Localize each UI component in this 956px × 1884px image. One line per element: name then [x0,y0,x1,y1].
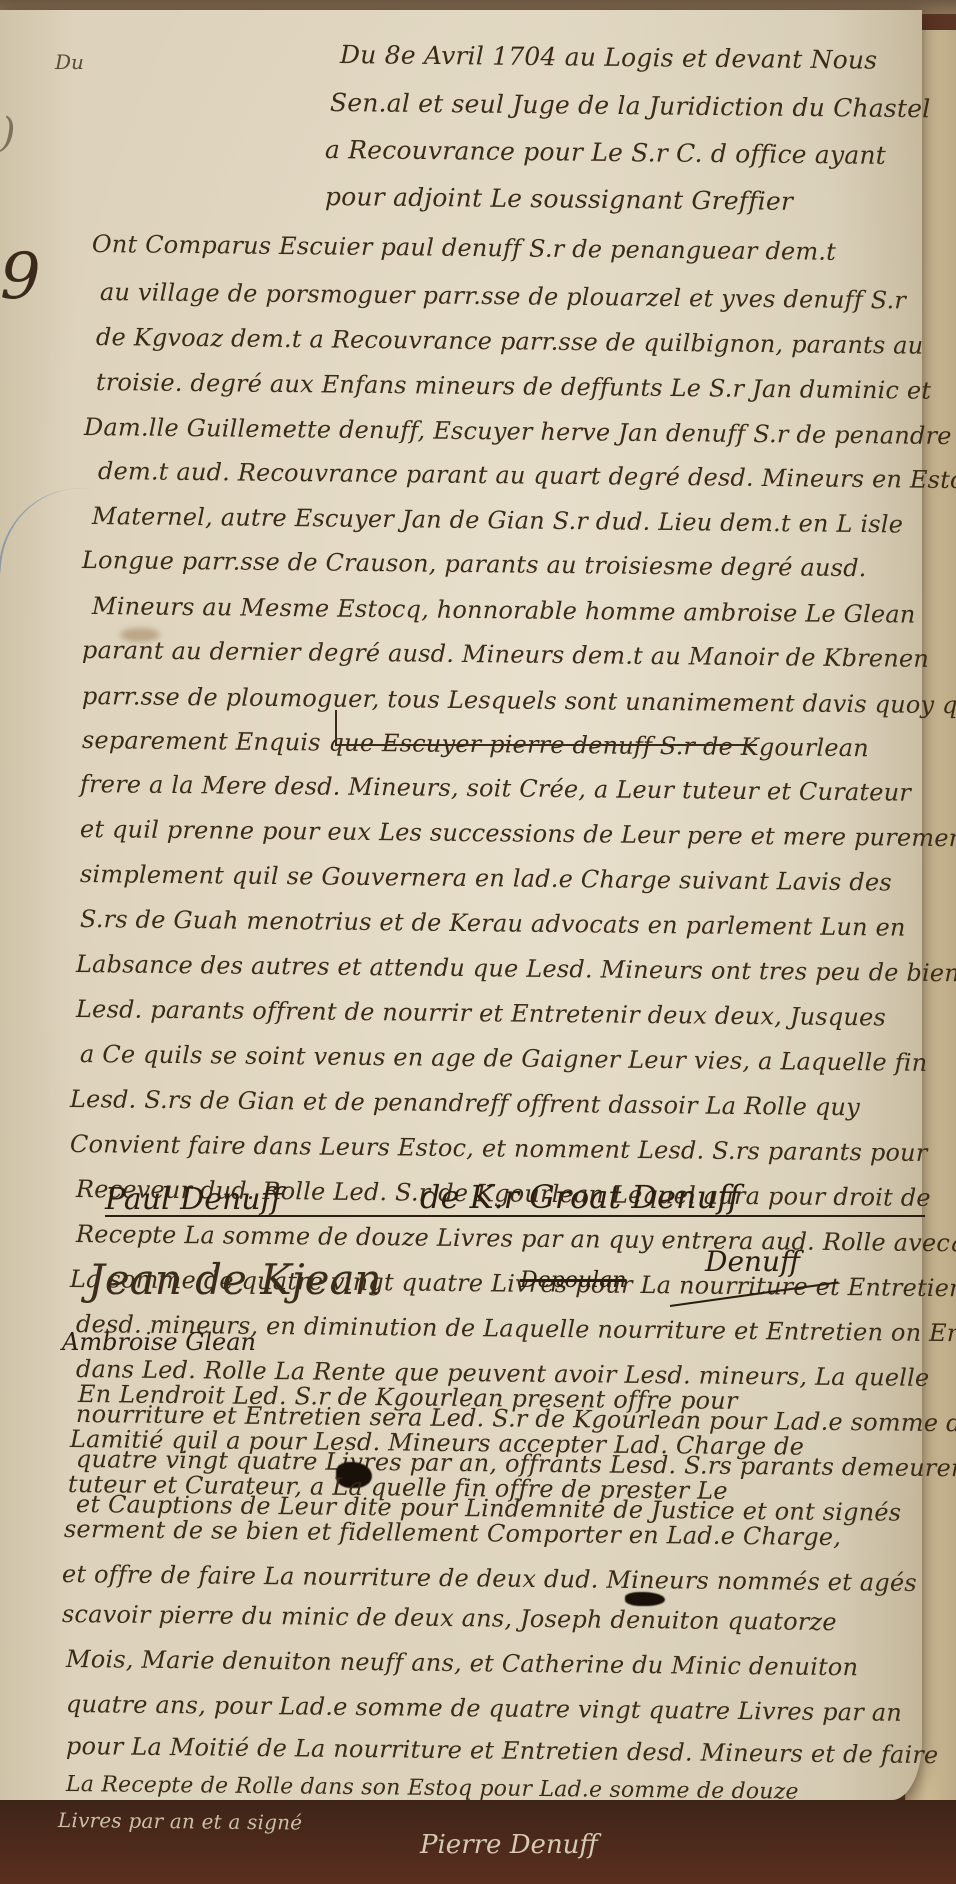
ink-blot-2 [625,1592,665,1606]
body2-line-11: Livres par an et a signé [58,1808,303,1835]
body-line-17: Labsance des autres et attendu que Lesd.… [76,950,956,987]
signature-kgroat-denuff: de K.r Groat Denuff [420,1178,740,1216]
margin-note: Du [55,50,84,74]
body-line-20: Lesd. S.rs de Gian et de penandreff offr… [70,1085,860,1121]
body-line-10: parant au dernier degré ausd. Mineurs de… [82,636,929,673]
body-line-16: S.rs de Guah menotrius et de Kerau advoc… [80,905,906,942]
margin-bracket-mark: ) [0,110,16,156]
signature-struck-through: Depoulan [520,1268,626,1293]
margin-numeral: 9 [0,240,41,314]
body-line-7: Maternel, autre Escuyer Jan de Gian S.r … [92,502,903,538]
body-line-18: Lesd. parants offrent de nourrir et Entr… [76,995,886,1031]
body-line-13: frere a la Mere desd. Mineurs, soit Crée… [80,770,911,807]
body-line-15: simplement quil se Gouvernera en lad.e C… [80,860,892,897]
body-line-9: Mineurs au Mesme Estocq, honnorable homm… [92,592,916,629]
body-line-21: Convient faire dans Leurs Estoc, et nomm… [70,1130,928,1167]
body-line-19: a Ce quils se soint venus en age de Gaig… [80,1040,928,1077]
signature-jean-de-kjean: Jean de Kjean [88,1255,382,1304]
body-line-14: et quil prenne pour eux Les successions … [80,815,956,853]
signature-pierre-denuff: Pierre Denuff [420,1830,598,1860]
signature-ambroise-glean: Ambroise Glean [62,1328,256,1356]
body-line-2: au village de porsmoguer parr.sse de plo… [100,278,906,314]
text-bracket [335,710,757,746]
header-line-1: Du 8e Avril 1704 au Logis et devant Nous [340,40,878,75]
body-line-1: Ont Comparus Escuier paul denuff S.r de … [92,230,836,266]
body-line-3: de Kgvoaz dem.t a Recouvrance parr.sse d… [96,323,924,360]
header-line-2: Sen.al et seul Juge de la Juridiction du… [330,88,931,123]
body-line-6: dem.t aud. Recouvrance parant au quart d… [98,457,956,494]
header-line-4: pour adjoint Le soussignant Greffier [325,182,793,216]
header-line-3: a Recouvrance pour Le S.r C. d office ay… [325,135,886,170]
body-line-5: Dam.lle Guillemette denuff, Escuyer herv… [84,413,952,450]
body-line-23: Recepte La somme de douze Livres par an … [76,1220,956,1257]
body-line-8: Longue parr.sse de Crauson, parants au t… [82,546,867,582]
signature-paul-denuff: Paul Denuff [105,1182,282,1217]
body-line-4: troisie. degré aux Enfans mineurs de def… [96,368,931,405]
signature-denuff-2: Denuff [705,1245,800,1278]
